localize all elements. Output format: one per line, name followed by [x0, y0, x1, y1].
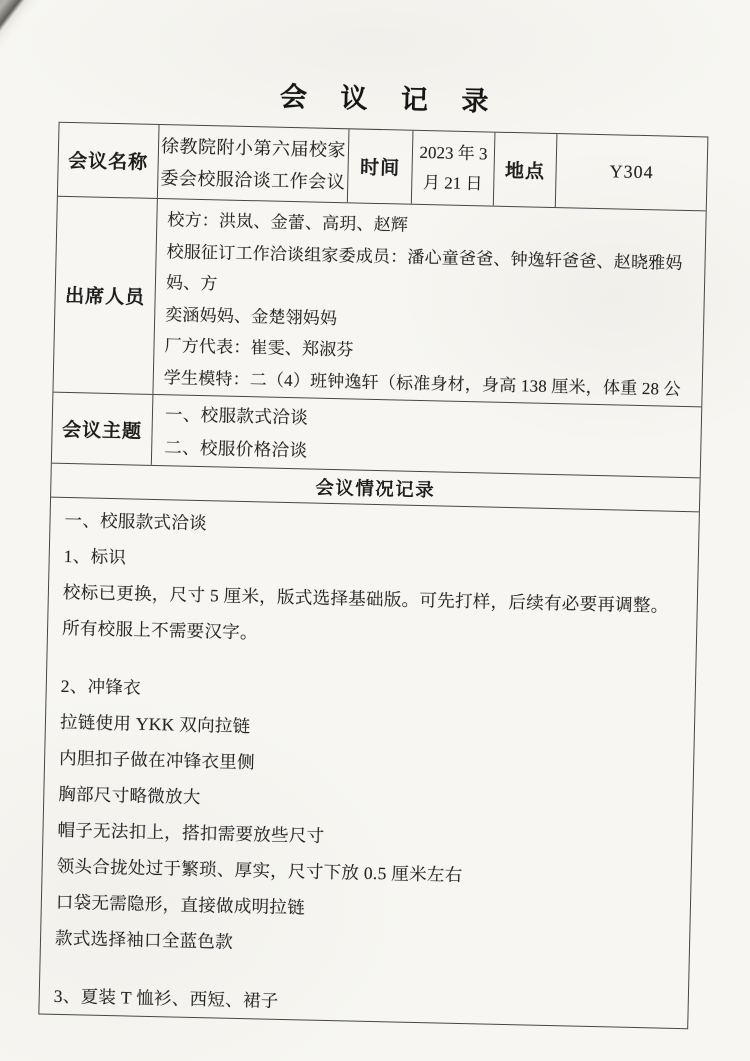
record-body-row: 一、校服款式洽谈 1、标识 校标已更换，尺寸 5 厘米，版式选择基础版。可先打样… [39, 498, 699, 1029]
document-body: 会 议 记 录 会议名称 徐教院附小第六届校家 委会校服洽谈工作会议 时间 20… [38, 73, 709, 1030]
attendees-line: 校服征订工作洽谈组家委成员：潘心童爸爸、钟逸轩爸爸、赵晓雅妈妈、方 [166, 236, 699, 311]
meeting-name-line2: 委会校服洽谈工作会议 [160, 162, 346, 198]
meeting-name-label: 会议名称 [58, 123, 160, 198]
scanned-document-page: 会 议 记 录 会议名称 徐教院附小第六届校家 委会校服洽谈工作会议 时间 20… [0, 0, 750, 1061]
attendees-row: 出席人员 校方：洪岚、金蕾、高玥、赵辉 校服征订工作洽谈组家委成员：潘心童爸爸、… [53, 197, 705, 408]
meeting-name-line1: 徐教院附小第六届校家 [161, 130, 347, 166]
meeting-record-table: 会议名称 徐教院附小第六届校家 委会校服洽谈工作会议 时间 2023 年 3 月… [38, 122, 708, 1030]
topics-content: 一、校服款式洽谈 二、校服价格洽谈 [152, 395, 701, 477]
time-value-line2: 月 21 日 [423, 168, 483, 199]
document-title: 会 议 记 录 [59, 73, 710, 126]
time-value: 2023 年 3 月 21 日 [412, 131, 496, 206]
time-label: 时间 [348, 129, 414, 203]
location-label: 地点 [494, 133, 558, 207]
location-value: Y304 [556, 134, 708, 210]
meeting-name-value: 徐教院附小第六届校家 委会校服洽谈工作会议 [158, 125, 350, 202]
topics-label: 会议主题 [52, 393, 154, 465]
time-value-line1: 2023 年 3 [419, 137, 488, 169]
attendees-label: 出席人员 [53, 197, 157, 394]
record-content: 一、校服款式洽谈 1、标识 校标已更换，尺寸 5 厘米，版式选择基础版。可先打样… [39, 498, 699, 1029]
scan-corner-artifact [0, 0, 56, 54]
attendees-content: 校方：洪岚、金蕾、高玥、赵辉 校服征订工作洽谈组家委成员：潘心童爸爸、钟逸轩爸爸… [153, 199, 705, 406]
